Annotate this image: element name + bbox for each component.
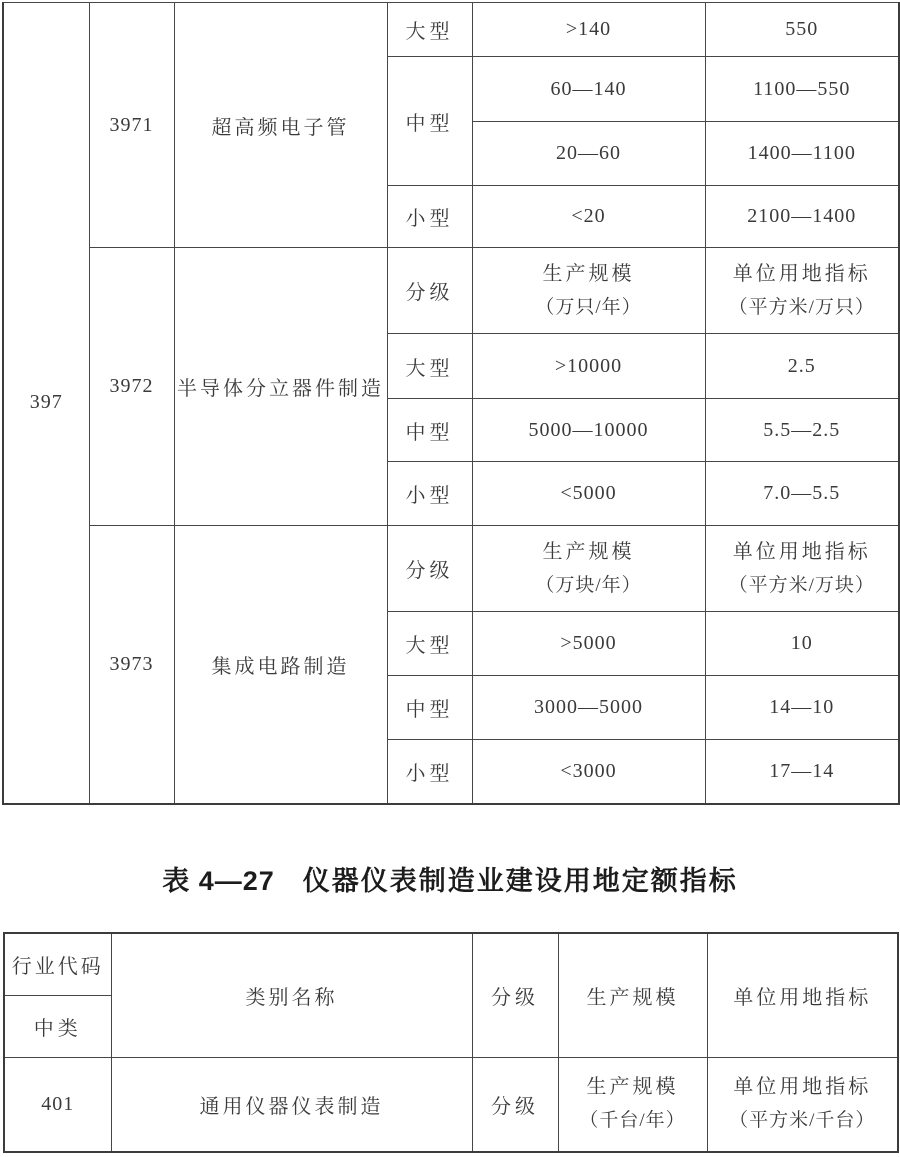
grade-cell: 大型 [387,3,472,57]
index-cell: 1400—1100 [705,122,899,186]
mid-code-cell: 3971 [89,3,174,248]
index-unit: （平方米/万只） [706,291,899,325]
header-grade-cell: 分级 [472,933,558,1057]
scale-unit: （千台/年） [559,1104,707,1138]
electronics-land-quota-table: 397 3971 超高频电子管 大型 >140 550 中型 60—140 11… [2,2,900,805]
scale-cell: 60—140 [472,57,705,122]
category-name-cell: 集成电路制造 [174,526,387,804]
scale-unit: （万只/年） [473,291,705,325]
major-code-cell: 397 [3,3,89,804]
header-category-cell: 类别名称 [111,933,472,1057]
scale-cell: >10000 [472,334,705,399]
index-cell: 14—10 [705,676,899,740]
scale-cell: >5000 [472,612,705,676]
index-label: 单位用地指标 [708,1070,898,1104]
index-cell: 2.5 [705,334,899,399]
grade-cell: 中型 [387,399,472,462]
header-scale-cell: 生产规模 [558,933,707,1057]
index-cell: 10 [705,612,899,676]
index-unit: （平方米/万块） [706,569,899,603]
caption-title: 仪器仪表制造业建设用地定额指标 [303,866,738,896]
subheader-index-cell: 单位用地指标 （平方米/万只） [705,248,899,334]
category-name-cell: 半导体分立器件制造 [174,248,387,526]
scale-label: 生产规模 [473,257,705,291]
scale-cell: <5000 [472,462,705,526]
subheader-scale-cell: 生产规模 （万只/年） [472,248,705,334]
index-unit: （平方米/千台） [708,1104,898,1138]
index-label: 单位用地指标 [706,257,899,291]
index-cell: 2100—1400 [705,186,899,248]
grade-cell: 小型 [387,186,472,248]
subheader-scale-cell: 生产规模 （千台/年） [558,1057,707,1152]
scale-cell: 5000—10000 [472,399,705,462]
index-cell: 550 [705,3,899,57]
header-mid-class-cell: 中类 [4,995,111,1057]
grade-cell: 中型 [387,676,472,740]
subheader-scale-cell: 生产规模 （万块/年） [472,526,705,612]
subheader-index-cell: 单位用地指标 （平方米/万块） [705,526,899,612]
mid-code-cell: 3972 [89,248,174,526]
scale-cell: 20—60 [472,122,705,186]
subheader-index-cell: 单位用地指标 （平方米/千台） [707,1057,898,1152]
scale-cell: 3000—5000 [472,676,705,740]
index-cell: 5.5—2.5 [705,399,899,462]
index-cell: 17—14 [705,740,899,804]
grade-cell: 中型 [387,57,472,186]
grade-cell: 大型 [387,334,472,399]
index-cell: 7.0—5.5 [705,462,899,526]
scale-label: 生产规模 [559,1070,707,1104]
caption-number: 表 4—27 [162,866,275,896]
subheader-grade-cell: 分级 [387,526,472,612]
category-name-cell: 通用仪器仪表制造 [111,1057,472,1152]
grade-cell: 小型 [387,462,472,526]
index-cell: 1100—550 [705,57,899,122]
scale-cell: <3000 [472,740,705,804]
mid-code-cell: 3973 [89,526,174,804]
subheader-grade-cell: 分级 [387,248,472,334]
instrument-land-quota-table: 行业代码 类别名称 分级 生产规模 单位用地指标 中类 401 通用仪器仪表制造… [3,932,899,1153]
table-caption: 表 4—27仪器仪表制造业建设用地定额指标 [0,862,900,900]
grade-cell: 大型 [387,612,472,676]
index-label: 单位用地指标 [706,535,899,569]
header-index-cell: 单位用地指标 [707,933,898,1057]
scale-cell: <20 [472,186,705,248]
scale-label: 生产规模 [473,535,705,569]
mid-code-cell: 401 [4,1057,111,1152]
scale-cell: >140 [472,3,705,57]
subheader-grade-cell: 分级 [472,1057,558,1152]
grade-cell: 小型 [387,740,472,804]
category-name-cell: 超高频电子管 [174,3,387,248]
header-industry-code-cell: 行业代码 [4,933,111,995]
scale-unit: （万块/年） [473,569,705,603]
